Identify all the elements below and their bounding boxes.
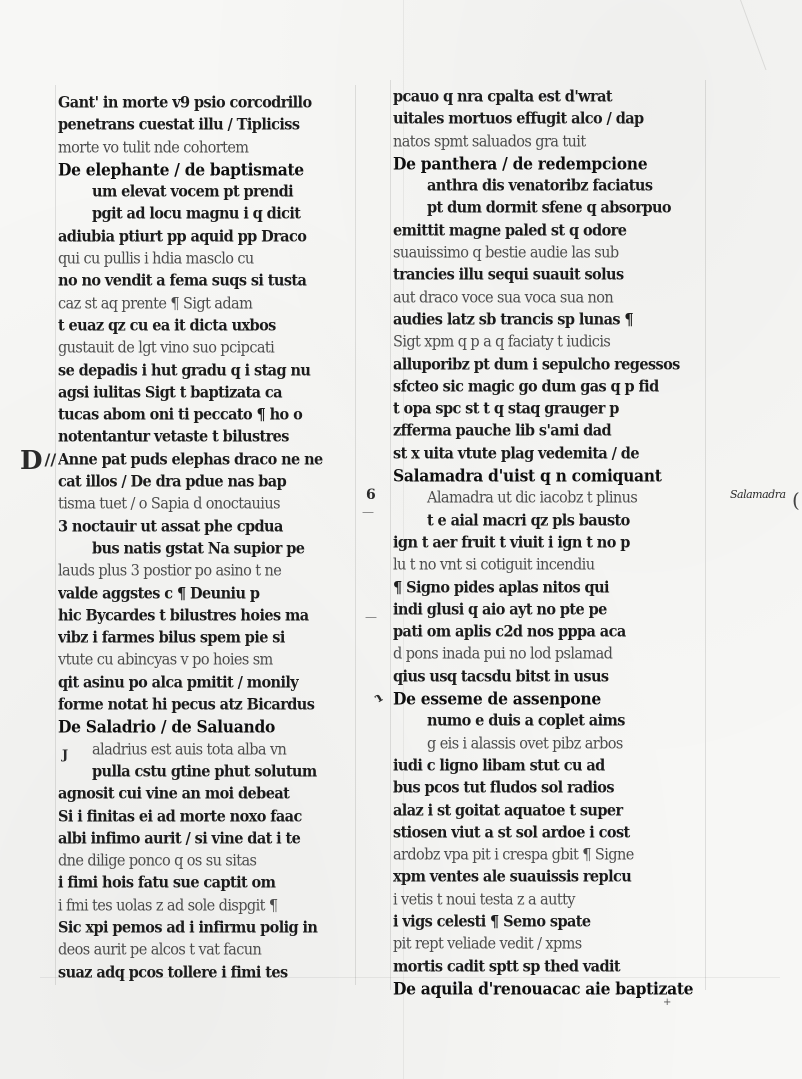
text-line: albi infimo aurit / si vine dat i te (58, 827, 358, 851)
text-line: lauds plus 3 postior po asino t ne (58, 559, 358, 583)
text-line: cat illos / De dra pdue nas bap (58, 470, 358, 494)
text-line: natos spmt saluados gra tuit (393, 130, 703, 154)
text-line: dne dilige ponco q os su sitas (58, 849, 358, 873)
margin-letter-j: J (62, 748, 68, 763)
text-line: deos aurit pe alcos t vat facun (58, 938, 358, 962)
text-line: notentantur vetaste t bilustres (58, 426, 358, 450)
text-line: d pons inada pui no lod pslamad (393, 643, 703, 667)
manuscript-page: Gant' in morte v9 psio corcodrillopenetr… (0, 0, 802, 1079)
text-line: alaz i st goitat aquatoe t super (393, 799, 703, 823)
text-line: Anne pat puds elephas draco ne ne (58, 448, 358, 472)
text-line: no no vendit a fema suqs si tusta (58, 269, 358, 293)
text-line: tucas abom oni ti peccato ¶ ho o (58, 403, 358, 427)
text-line: forme notat hi pecus atz Bicardus (58, 693, 358, 717)
section-heading: De Saladrio / de Saluando (58, 715, 358, 739)
section-heading: De esseme de assenpone (393, 687, 703, 711)
text-line: gustauit de lgt vino suo pcipcati (58, 336, 358, 360)
margin-curl-mark: ( (792, 488, 800, 512)
text-line: aut draco voce sua voca sua non (393, 286, 703, 310)
text-line: t opa spc st t q staq grauger p (393, 397, 703, 421)
pointer-letter: D (20, 446, 43, 476)
text-line: valde aggstes c ¶ Deuniu p (58, 582, 358, 606)
text-line: suauissimo q bestie audie las sub (393, 241, 703, 265)
section-heading: De elephante / de baptismate (58, 158, 358, 182)
margin-note-salamadra: Salamadra (730, 488, 786, 501)
text-line: xpm ventes ale suauissis replcu (393, 865, 703, 889)
text-line: se depadis i hut gradu q i stag nu (58, 359, 358, 383)
text-line: st x uita vtute plag vedemita / de (393, 442, 703, 466)
gutter-numeral: 6 (366, 487, 376, 503)
text-line: agsi iulitas Sigt t baptizata ca (58, 381, 358, 405)
text-line: um elevat vocem pt prendi (58, 180, 358, 204)
bottom-catch-mark: + (663, 997, 671, 1008)
gutter-hook-mark: ɿ (371, 689, 385, 706)
text-line: stiosen viut a st sol ardoe i cost (393, 821, 703, 845)
text-line: i vetis t noui testa z a autty (393, 888, 703, 912)
ruling-left-outer (55, 85, 56, 985)
text-line: mortis cadit sptt sp thed vadit (393, 955, 703, 979)
margin-pointer-mark: D// (20, 446, 56, 476)
text-line: Sigt xpm q p a q faciaty t iudicis (393, 330, 703, 354)
text-line: adiubia ptiurt pp aquid pp Draco (58, 225, 358, 249)
text-line: zfferma pauche lib s'ami dad (393, 420, 703, 444)
left-column: Gant' in morte v9 psio corcodrillopenetr… (58, 92, 358, 984)
ruling-right-outer (390, 80, 391, 990)
text-line: Sic xpi pemos ad i infirmu polig in (58, 916, 358, 940)
text-line: bus pcos tut fludos sol radios (393, 776, 703, 800)
text-line: g eis i alassis ovet pibz arbos (393, 732, 703, 756)
text-line: pit rept veliade vedit / xpms (393, 932, 703, 956)
text-line: suaz adq pcos tollere i fimi tes (58, 961, 358, 985)
text-line: agnosit cui vine an moi debeat (58, 782, 358, 806)
text-line: caz st aq prente ¶ Sigt adam (58, 292, 358, 316)
text-line: audies latz sb trancis sp lunas ¶ (393, 308, 703, 332)
ruling-right-inner (705, 80, 706, 990)
text-line: ¶ Signo pides aplas nitos qui (393, 576, 703, 600)
section-heading: De panthera / de redempcione (393, 152, 703, 176)
text-line: emittit magne paled st q odore (393, 219, 703, 243)
text-line: qius usq tacsdu bitst in usus (393, 665, 703, 689)
text-line: i fmi tes uolas z ad sole dispgit ¶ (58, 894, 358, 918)
text-line: vibz i farmes bilus spem pie si (58, 626, 358, 650)
section-heading: Salamadra d'uist q n comiquant (393, 464, 703, 488)
text-line: anthra dis venatoribz faciatus (393, 174, 703, 198)
text-line: morte vo tulit nde cohortem (58, 136, 358, 160)
text-line: pulla cstu gtine phut solutum (58, 760, 358, 784)
text-line: pt dum dormit sfene q absorpuo (393, 197, 703, 221)
gutter-dash: — (362, 505, 374, 519)
text-line: t e aial macri qz pls bausto (393, 509, 703, 533)
text-line: i vigs celesti ¶ Semo spate (393, 910, 703, 934)
text-line: bus natis gstat Na supior pe (58, 537, 358, 561)
text-line: pgit ad locu magnu i q dicit (58, 203, 358, 227)
text-line: ardobz vpa pit i crespa gbit ¶ Signe (393, 843, 703, 867)
text-line: ign t aer fruit t viuit i ign t no p (393, 531, 703, 555)
text-line: aladrius est auis tota alba vn (58, 738, 358, 762)
text-line: vtute cu abincyas v po hoies sm (58, 649, 358, 673)
text-line: sfcteo sic magic go dum gas q p fid (393, 375, 703, 399)
text-line: iudi c ligno libam stut cu ad (393, 754, 703, 778)
text-line: hic Bycardes t bilustres hoies ma (58, 604, 358, 628)
gutter-dash: — (365, 610, 377, 624)
text-line: qui cu pullis i hdia masclo cu (58, 247, 358, 271)
section-heading: De aquila d'renouacac aie baptizate (393, 977, 703, 1001)
text-line: pati om aplis c2d nos pppa aca (393, 620, 703, 644)
text-line: Gant' in morte v9 psio corcodrillo (58, 91, 358, 115)
text-line: uitales mortuos effugit alco / dap (393, 107, 703, 131)
pointer-slashes: // (45, 450, 57, 469)
text-line: numo e duis a coplet aims (393, 709, 703, 733)
text-line: lu t no vnt si cotiguit incendiu (393, 553, 703, 577)
text-line: 3 noctauir ut assat phe cpdua (58, 515, 358, 539)
text-line: indi glusi q aio ayt no pte pe (393, 598, 703, 622)
text-line: tisma tuet / o Sapia d onoctauius (58, 492, 358, 516)
text-line: trancies illu sequi suauit solus (393, 263, 703, 287)
text-line: t euaz qz cu ea it dicta uxbos (58, 314, 358, 338)
text-line: Si i finitas ei ad morte noxo faac (58, 805, 358, 829)
text-line: i fimi hois fatu sue captit om (58, 871, 358, 895)
text-line: alluporibz pt dum i sepulcho regessos (393, 353, 703, 377)
text-line: pcauo q nra cpalta est d'wrat (393, 85, 703, 109)
text-line: penetrans cuestat illu / Tipliciss (58, 113, 358, 137)
right-column: pcauo q nra cpalta est d'wratuitales mor… (393, 86, 703, 1000)
text-line: Alamadra ut dic iacobz t plinus (393, 486, 703, 510)
text-line: qit asinu po alca pmitit / monily (58, 671, 358, 695)
page-corner-fold (740, 0, 802, 70)
